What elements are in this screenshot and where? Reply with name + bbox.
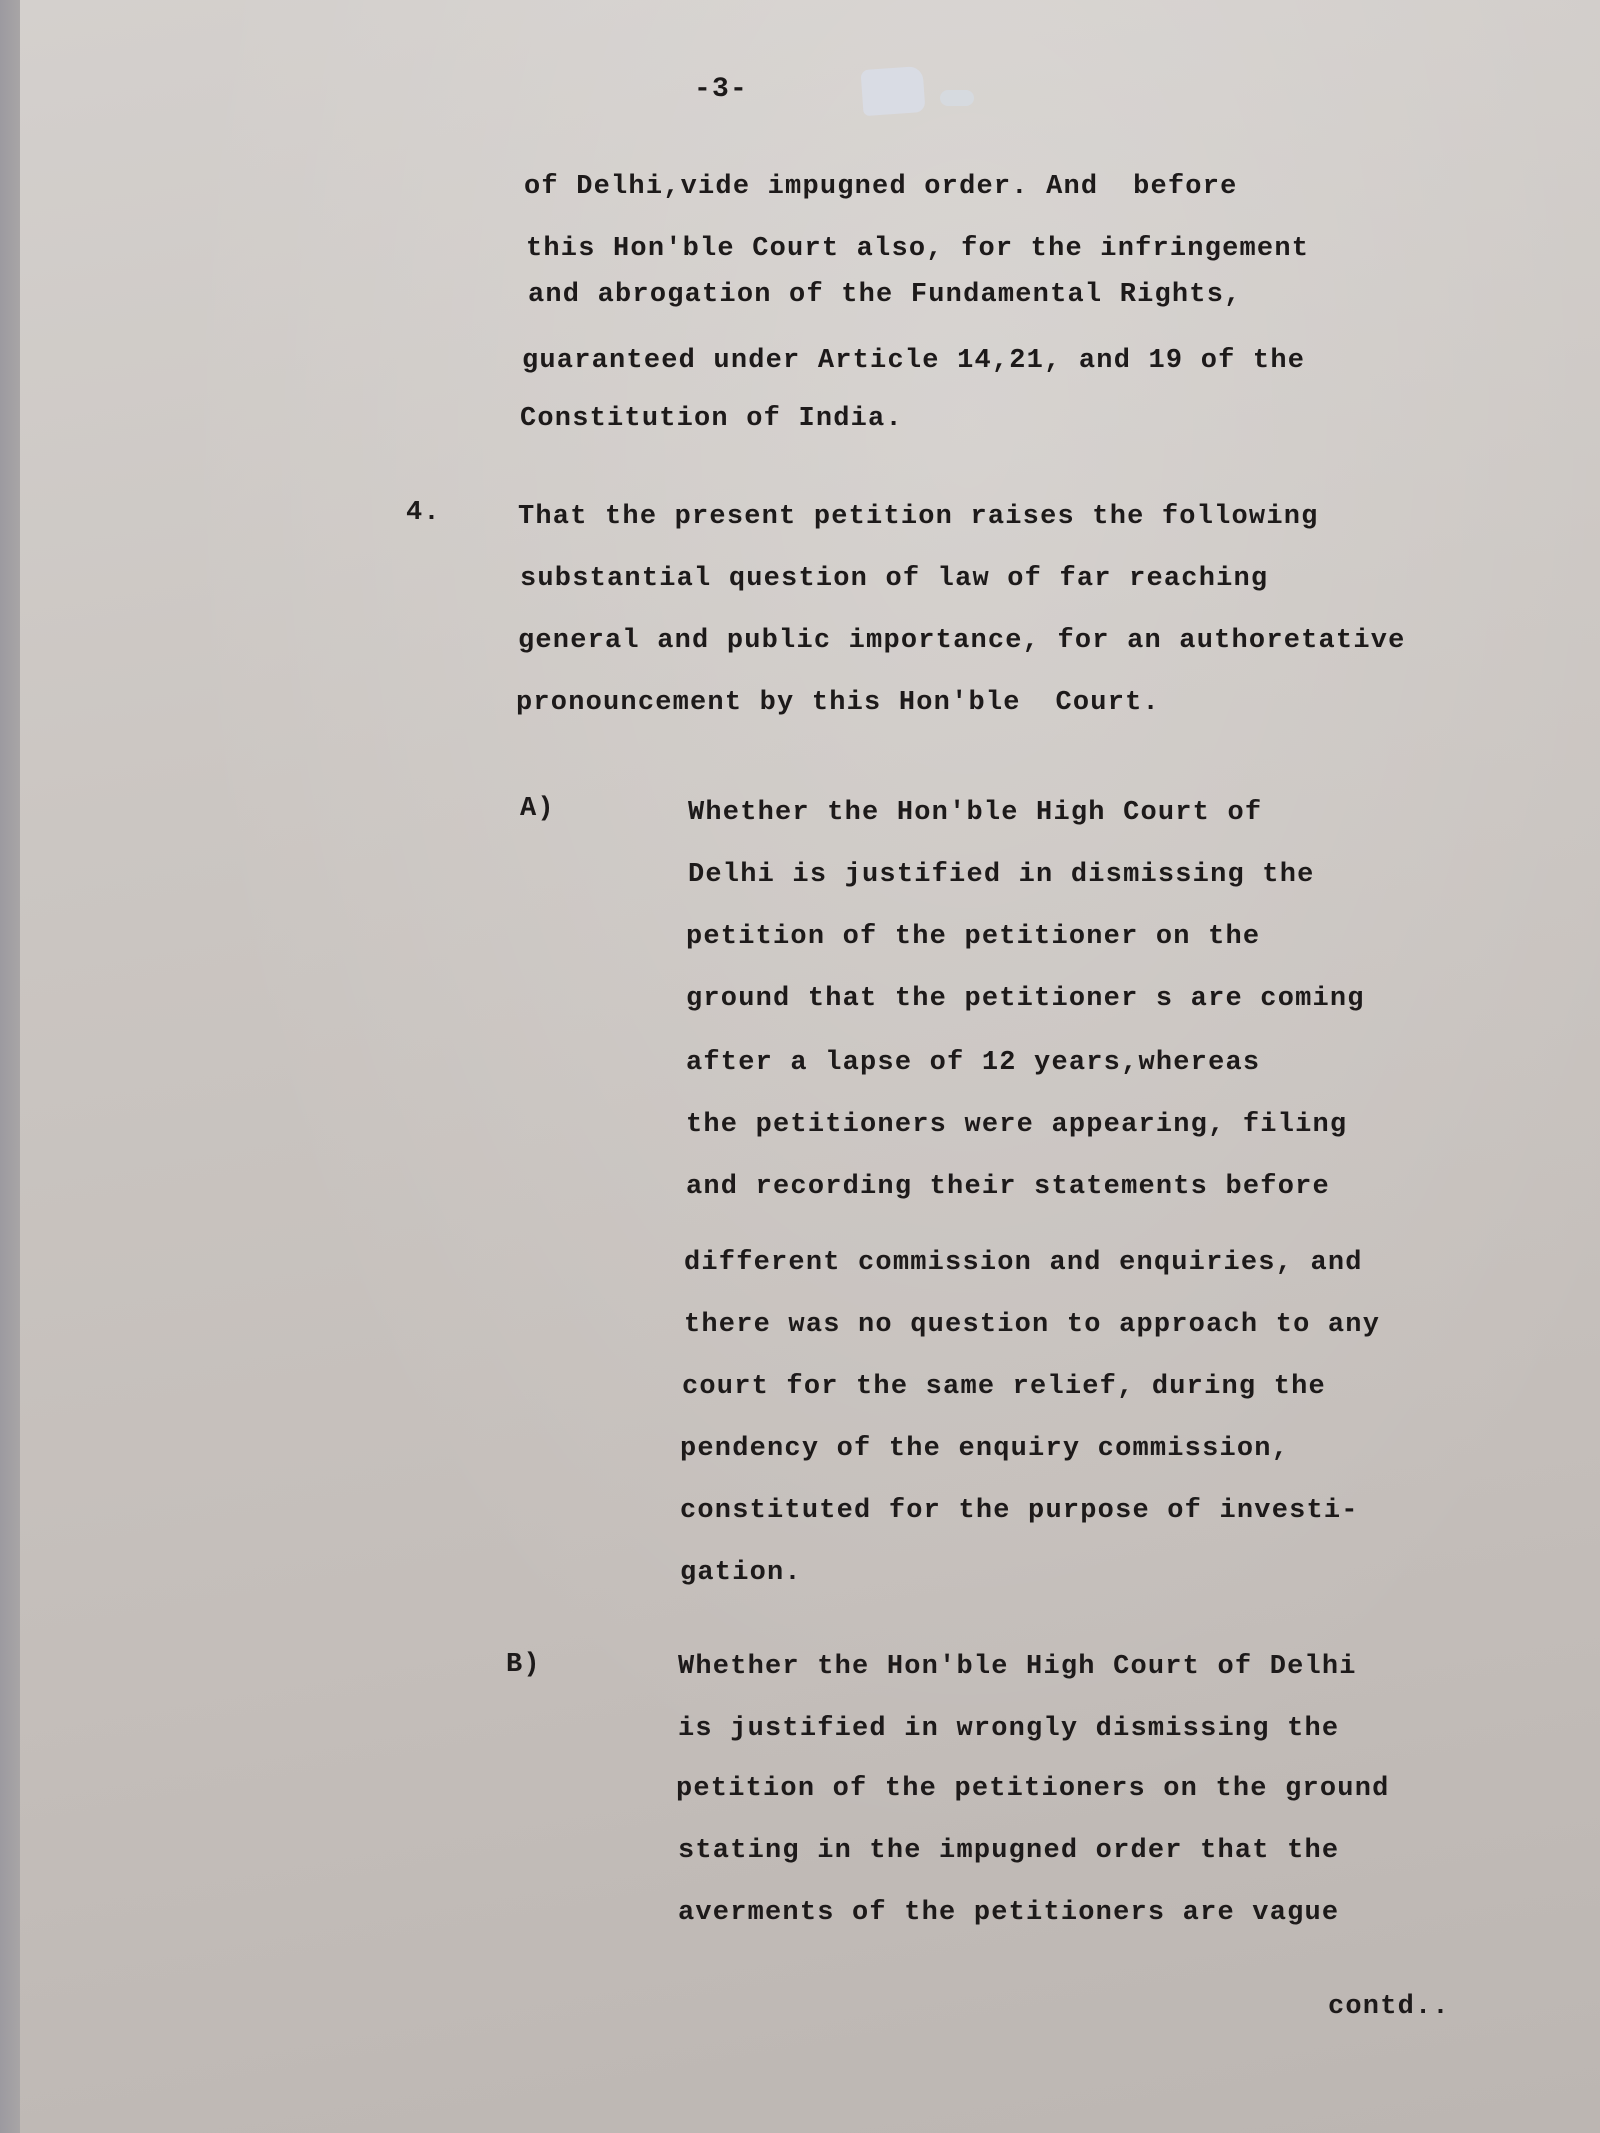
continuation-line: and abrogation of the Fundamental Rights… [528, 282, 1242, 309]
question-line: stating in the impugned order that the [678, 1838, 1339, 1865]
tape-mark-small [940, 90, 974, 106]
paragraph-line: general and public importance, for an au… [518, 628, 1406, 655]
question-label: B) [506, 1652, 541, 1679]
question-line: ground that the petitioner s are coming [686, 986, 1365, 1013]
continuation-line: this Hon'ble Court also, for the infring… [526, 236, 1309, 263]
paragraph-line: That the present petition raises the fol… [518, 504, 1319, 531]
page-left-edge [0, 0, 20, 2133]
question-line: the petitioners were appearing, filing [686, 1112, 1347, 1139]
question-line: pendency of the enquiry commission, [680, 1436, 1289, 1463]
question-line: and recording their statements before [686, 1174, 1330, 1201]
question-line: there was no question to approach to any [684, 1312, 1380, 1339]
question-line: petition of the petitioner on the [686, 924, 1260, 951]
continuation-line: Constitution of India. [520, 406, 903, 433]
continued-marker: contd.. [1328, 1994, 1450, 2021]
question-line: averments of the petitioners are vague [678, 1900, 1339, 1927]
continuation-line: guaranteed under Article 14,21, and 19 o… [522, 348, 1305, 375]
tape-mark [860, 66, 925, 116]
question-line: petition of the petitioners on the groun… [676, 1776, 1390, 1803]
question-line: constituted for the purpose of investi- [680, 1498, 1359, 1525]
paragraph-number: 4. [406, 500, 441, 527]
question-line: gation. [680, 1560, 802, 1587]
question-line: Delhi is justified in dismissing the [688, 862, 1315, 889]
question-line: after a lapse of 12 years,whereas [686, 1050, 1260, 1077]
page-number: -3- [694, 76, 748, 104]
question-line: different commission and enquiries, and [684, 1250, 1363, 1277]
paragraph-line: substantial question of law of far reach… [520, 566, 1268, 593]
question-label: A) [520, 796, 555, 823]
paragraph-line: pronouncement by this Hon'ble Court. [516, 690, 1160, 717]
continuation-line: of Delhi,vide impugned order. And before [524, 174, 1238, 201]
question-line: is justified in wrongly dismissing the [678, 1716, 1339, 1743]
question-line: Whether the Hon'ble High Court of Delhi [678, 1654, 1357, 1681]
question-line: Whether the Hon'ble High Court of [688, 800, 1262, 827]
question-line: court for the same relief, during the [682, 1374, 1326, 1401]
